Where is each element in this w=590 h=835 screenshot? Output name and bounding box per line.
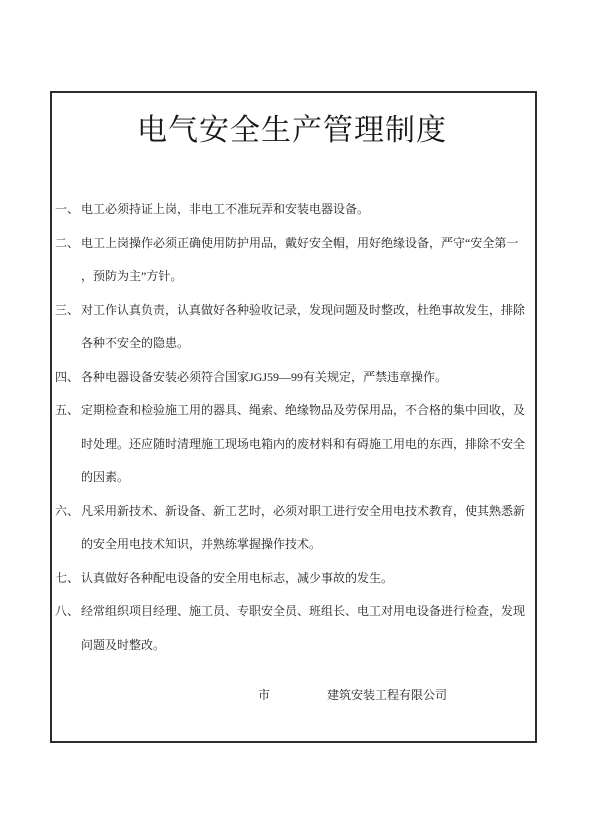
item-number: 二、 [55, 227, 81, 261]
company-city: 市 [258, 679, 270, 713]
item-line: 各种不安全的隐患。 [81, 327, 529, 361]
item-text: 凡采用新技术、新设备、新工艺时，必须对职工进行安全用电技术教育，使其熟悉新 的安… [81, 495, 529, 562]
rule-list: 一、 电工必须持证上岗，非电工不准玩弄和安装电器设备。 二、 电工上岗操作必须正… [55, 193, 529, 662]
item-text: 定期检查和检验施工用的器具、绳索、绝缘物品及劳保用品，不合格的集中回收，及 时处… [81, 394, 529, 495]
item-line: 对工作认真负责，认真做好各种验收记录，发现问题及时整改，杜绝事故发生，排除 [81, 294, 529, 328]
list-item: 六、 凡采用新技术、新设备、新工艺时，必须对职工进行安全用电技术教育，使其熟悉新… [55, 495, 529, 562]
item-number: 七、 [55, 562, 81, 596]
list-item: 七、 认真做好各种配电设备的安全用电标志，减少事故的发生。 [55, 562, 529, 596]
item-line: 的因素。 [81, 461, 529, 495]
list-item: 八、 经常组织项目经理、施工员、专职安全员、班组长、电工对用电设备进行检查，发现… [55, 595, 529, 662]
item-text: 认真做好各种配电设备的安全用电标志，减少事故的发生。 [81, 562, 529, 596]
item-line: 问题及时整改。 [81, 629, 529, 663]
item-number: 五、 [55, 394, 81, 428]
item-line: 电工必须持证上岗，非电工不准玩弄和安装电器设备。 [81, 193, 529, 227]
list-item: 二、 电工上岗操作必须正确使用防护用品，戴好安全帽，用好绝缘设备，严守“安全第一… [55, 227, 529, 294]
signature-line: 市 建筑安装工程有限公司 [258, 679, 529, 713]
item-line: 凡采用新技术、新设备、新工艺时，必须对职工进行安全用电技术教育，使其熟悉新 [81, 495, 529, 529]
list-item: 一、 电工必须持证上岗，非电工不准玩弄和安装电器设备。 [55, 193, 529, 227]
document-body: 电气安全生产管理制度 一、 电工必须持证上岗，非电工不准玩弄和安装电器设备。 二… [52, 93, 535, 713]
page: { "page": { "title": "电气安全生产管理制度" }, "it… [0, 0, 590, 835]
document-border: 电气安全生产管理制度 一、 电工必须持证上岗，非电工不准玩弄和安装电器设备。 二… [50, 91, 537, 743]
item-line: 时处理。还应随时清理施工现场电箱内的废材料和有碍施工用电的东西，排除不安全 [81, 428, 529, 462]
item-text: 电工必须持证上岗，非电工不准玩弄和安装电器设备。 [81, 193, 529, 227]
item-text: 经常组织项目经理、施工员、专职安全员、班组长、电工对用电设备进行检查，发现 问题… [81, 595, 529, 662]
item-text: 各种电器设备安装必须符合国家JGJ59—99有关规定，严禁违章操作。 [81, 361, 529, 395]
list-item: 四、 各种电器设备安装必须符合国家JGJ59—99有关规定，严禁违章操作。 [55, 361, 529, 395]
item-line: 的安全用电技术知识，并熟练掌握操作技术。 [81, 528, 529, 562]
list-item: 三、 对工作认真负责，认真做好各种验收记录，发现问题及时整改，杜绝事故发生，排除… [55, 294, 529, 361]
list-item: 五、 定期检查和检验施工用的器具、绳索、绝缘物品及劳保用品，不合格的集中回收，及… [55, 394, 529, 495]
item-number: 六、 [55, 495, 81, 529]
item-number: 一、 [55, 193, 81, 227]
item-number: 四、 [55, 361, 81, 395]
item-line: 各种电器设备安装必须符合国家JGJ59—99有关规定，严禁违章操作。 [81, 361, 529, 395]
item-number: 三、 [55, 294, 81, 328]
item-line: 认真做好各种配电设备的安全用电标志，减少事故的发生。 [81, 562, 529, 596]
item-line: 经常组织项目经理、施工员、专职安全员、班组长、电工对用电设备进行检查，发现 [81, 595, 529, 629]
item-text: 电工上岗操作必须正确使用防护用品，戴好安全帽，用好绝缘设备，严守“安全第一 ，预… [81, 227, 529, 294]
item-line: ，预防为主”方针。 [81, 260, 529, 294]
item-text: 对工作认真负责，认真做好各种验收记录，发现问题及时整改，杜绝事故发生，排除 各种… [81, 294, 529, 361]
item-line: 电工上岗操作必须正确使用防护用品，戴好安全帽，用好绝缘设备，严守“安全第一 [81, 227, 529, 261]
item-line: 定期检查和检验施工用的器具、绳索、绝缘物品及劳保用品，不合格的集中回收，及 [81, 394, 529, 428]
item-number: 八、 [55, 595, 81, 629]
document-title: 电气安全生产管理制度 [55, 113, 529, 149]
company-name: 建筑安装工程有限公司 [327, 679, 447, 713]
